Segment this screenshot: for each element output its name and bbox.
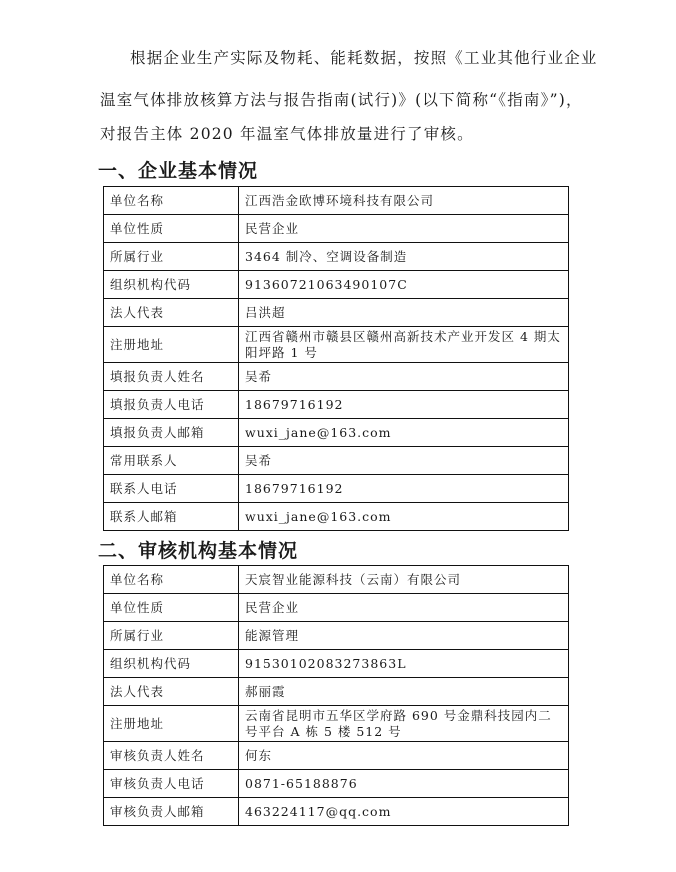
field-label: 所属行业 (104, 243, 239, 271)
field-label: 组织机构代码 (104, 271, 239, 299)
field-label: 注册地址 (104, 706, 239, 742)
field-value: wuxi_jane@163.com (239, 503, 569, 531)
field-label: 注册地址 (104, 327, 239, 363)
field-value: 能源管理 (239, 622, 569, 650)
field-value: 463224117@qq.com (239, 798, 569, 826)
field-label: 常用联系人 (104, 447, 239, 475)
field-label: 法人代表 (104, 299, 239, 327)
table-row: 法人代表郝丽霞 (104, 678, 569, 706)
field-label: 审核负责人邮箱 (104, 798, 239, 826)
field-label: 填报负责人邮箱 (104, 419, 239, 447)
table-row: 所属行业能源管理 (104, 622, 569, 650)
section-heading-enterprise-info: 一、企业基本情况 (98, 156, 258, 183)
table-row: 填报负责人姓名吴希 (104, 363, 569, 391)
audit-agency-info-table: 单位名称天宸智业能源科技（云南）有限公司 单位性质民营企业 所属行业能源管理 组… (103, 565, 569, 826)
field-value: 民营企业 (239, 594, 569, 622)
field-label: 审核负责人电话 (104, 770, 239, 798)
field-value: 3464 制冷、空调设备制造 (239, 243, 569, 271)
field-label: 填报负责人电话 (104, 391, 239, 419)
field-value: 江西省赣州市赣县区赣州高新技术产业开发区 4 期太阳坪路 1 号 (239, 327, 569, 363)
table-row: 单位性质民营企业 (104, 215, 569, 243)
field-value: 何东 (239, 742, 569, 770)
table-row: 单位性质民营企业 (104, 594, 569, 622)
field-value: 18679716192 (239, 391, 569, 419)
table-row: 审核负责人邮箱463224117@qq.com (104, 798, 569, 826)
table-row: 所属行业3464 制冷、空调设备制造 (104, 243, 569, 271)
enterprise-info-table: 单位名称江西浩金欧博环境科技有限公司 单位性质民营企业 所属行业3464 制冷、… (103, 186, 569, 531)
table-row: 单位名称江西浩金欧博环境科技有限公司 (104, 187, 569, 215)
table-row: 单位名称天宸智业能源科技（云南）有限公司 (104, 566, 569, 594)
field-value: 0871-65188876 (239, 770, 569, 798)
table-row: 常用联系人吴希 (104, 447, 569, 475)
section-heading-audit-agency-info: 二、审核机构基本情况 (98, 536, 298, 563)
table-row: 填报负责人邮箱wuxi_jane@163.com (104, 419, 569, 447)
table-row: 联系人邮箱wuxi_jane@163.com (104, 503, 569, 531)
field-label: 组织机构代码 (104, 650, 239, 678)
field-value: 91360721063490107C (239, 271, 569, 299)
table-row: 填报负责人电话18679716192 (104, 391, 569, 419)
field-label: 单位性质 (104, 215, 239, 243)
intro-paragraph-line-3: 对报告主体 2020 年温室气体排放量进行了审核。 (100, 124, 580, 144)
field-value: 吴希 (239, 363, 569, 391)
table-row: 联系人电话18679716192 (104, 475, 569, 503)
table-row: 注册地址江西省赣州市赣县区赣州高新技术产业开发区 4 期太阳坪路 1 号 (104, 327, 569, 363)
table-row: 法人代表吕洪超 (104, 299, 569, 327)
table-row: 审核负责人电话0871-65188876 (104, 770, 569, 798)
table-row: 审核负责人姓名何东 (104, 742, 569, 770)
table-row: 注册地址云南省昆明市五华区学府路 690 号金鼎科技园内二号平台 A 栋 5 楼… (104, 706, 569, 742)
field-value: 吴希 (239, 447, 569, 475)
field-value: wuxi_jane@163.com (239, 419, 569, 447)
field-label: 单位名称 (104, 566, 239, 594)
field-value: 91530102083273863L (239, 650, 569, 678)
field-value: 民营企业 (239, 215, 569, 243)
table-row: 组织机构代码91530102083273863L (104, 650, 569, 678)
intro-paragraph-line-1: 根据企业生产实际及物耗、能耗数据，按照《工业其他行业企业 (130, 48, 610, 68)
field-value: 吕洪超 (239, 299, 569, 327)
field-value: 18679716192 (239, 475, 569, 503)
field-label: 法人代表 (104, 678, 239, 706)
field-value: 郝丽霞 (239, 678, 569, 706)
field-value: 云南省昆明市五华区学府路 690 号金鼎科技园内二号平台 A 栋 5 楼 512… (239, 706, 569, 742)
intro-paragraph-line-2: 温室气体排放核算方法与报告指南(试行)》(以下简称“《指南》”)， (100, 90, 580, 110)
field-label: 单位性质 (104, 594, 239, 622)
field-label: 单位名称 (104, 187, 239, 215)
field-label: 联系人邮箱 (104, 503, 239, 531)
field-label: 填报负责人姓名 (104, 363, 239, 391)
field-label: 审核负责人姓名 (104, 742, 239, 770)
field-value: 天宸智业能源科技（云南）有限公司 (239, 566, 569, 594)
field-label: 所属行业 (104, 622, 239, 650)
field-label: 联系人电话 (104, 475, 239, 503)
field-value: 江西浩金欧博环境科技有限公司 (239, 187, 569, 215)
table-row: 组织机构代码91360721063490107C (104, 271, 569, 299)
